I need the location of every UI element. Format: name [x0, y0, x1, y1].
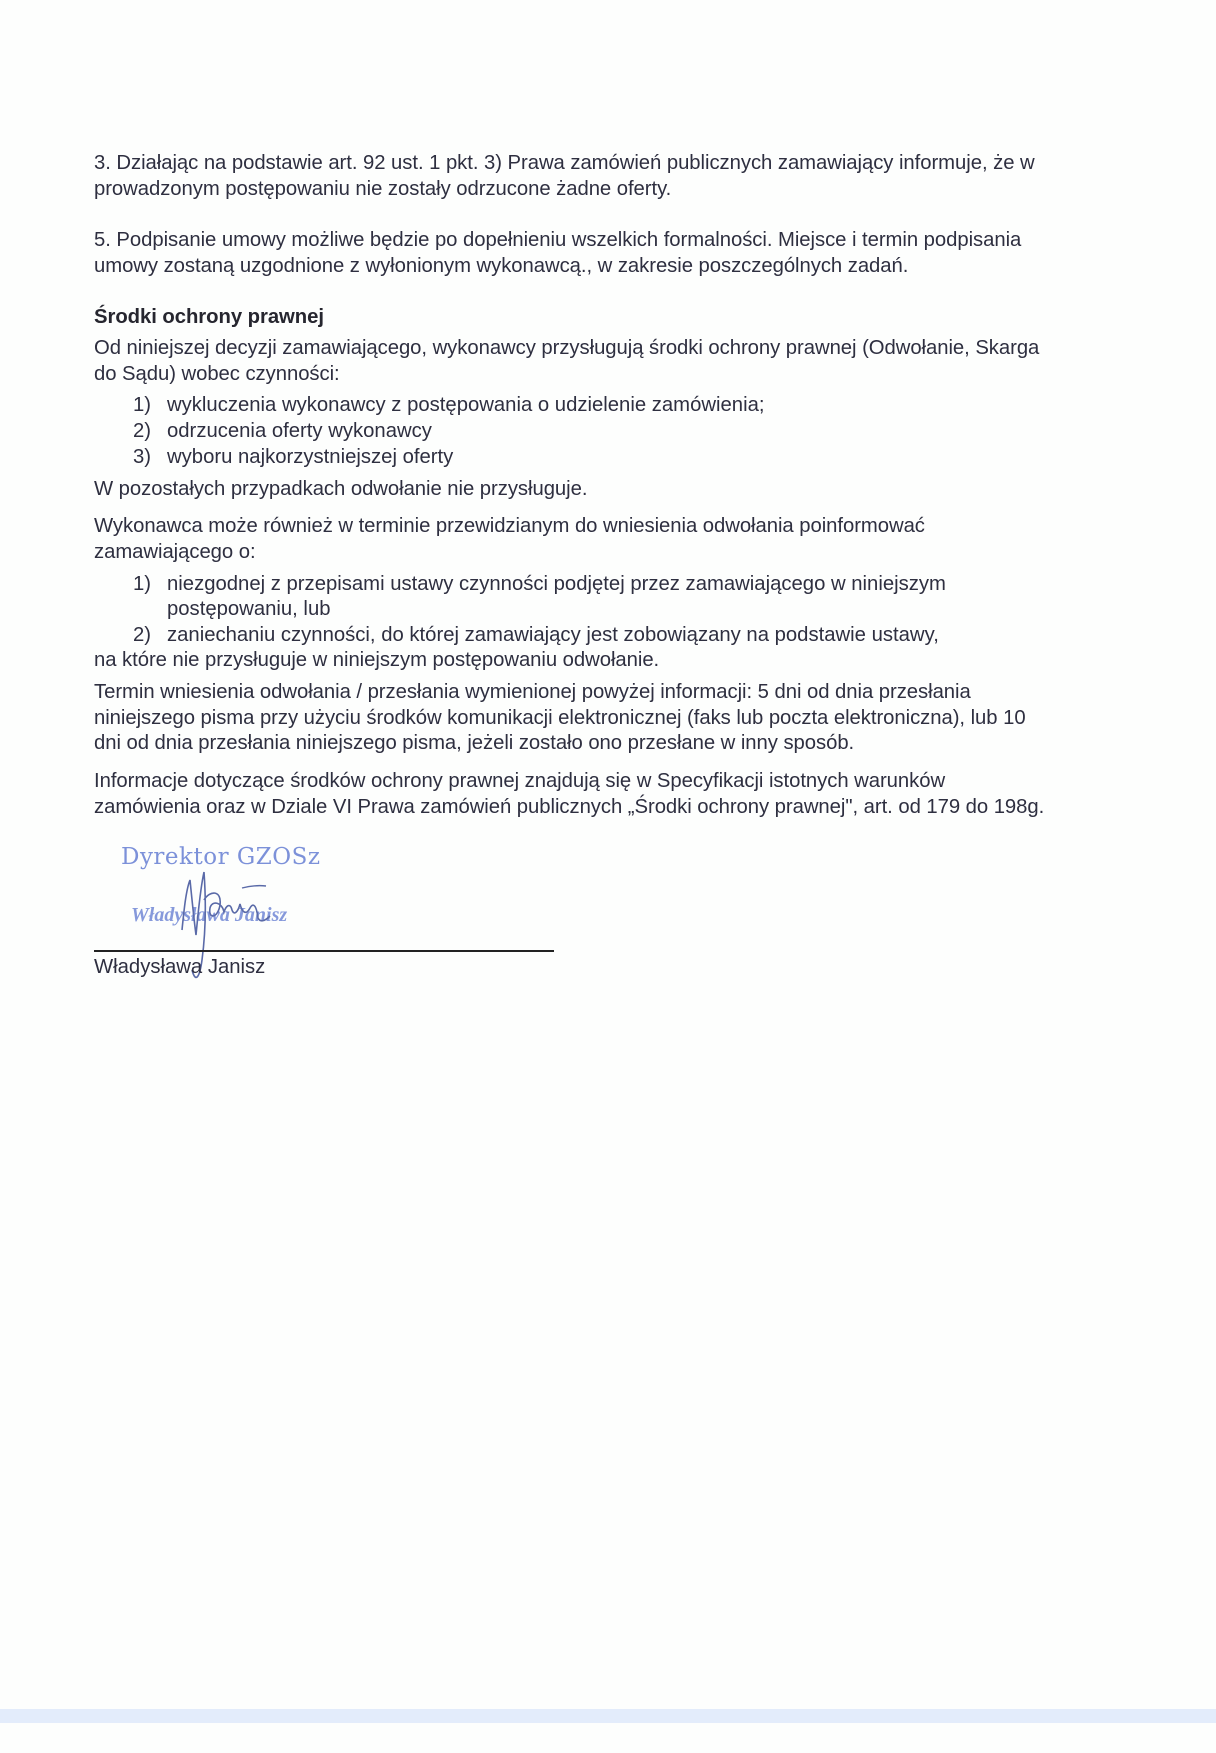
paragraph-5-line-2: umowy zostaną uzgodnione z wyłonionym wy…: [94, 254, 908, 278]
list-item-text: zaniechaniu czynności, do której zamawia…: [167, 623, 939, 647]
info-line-1: Informacje dotyczące środków ochrony pra…: [94, 769, 945, 793]
paragraph-3-line-2: prowadzonym postępowaniu nie zostały odr…: [94, 177, 671, 201]
other-cases-text: W pozostałych przypadkach odwołanie nie …: [94, 477, 587, 501]
list-item-text: wykluczenia wykonawcy z postępowania o u…: [167, 393, 765, 417]
list-item-text: odrzucenia oferty wykonawcy: [167, 419, 432, 443]
list-item-text-continued: postępowaniu, lub: [167, 597, 331, 621]
inform-intro-line-2: zamawiającego o:: [94, 540, 256, 564]
legal-remedies-heading: Środki ochrony prawnej: [94, 305, 324, 329]
inform-tail-text: na które nie przysługuje w niniejszym po…: [94, 648, 659, 672]
list-item-number: 3): [133, 445, 151, 469]
signer-name: Władysława Janisz: [94, 955, 265, 979]
info-line-2: zamówienia oraz w Dziale VI Prawa zamówi…: [94, 795, 1044, 819]
legal-remedies-intro-line-1: Od niniejszej decyzji zamawiającego, wyk…: [94, 336, 1039, 360]
list-item-number: 1): [133, 572, 151, 596]
list-item-number: 2): [133, 419, 151, 443]
signature-line: [94, 950, 554, 952]
paragraph-3-line-1: 3. Działając na podstawie art. 92 ust. 1…: [94, 151, 1035, 175]
list-item-number: 1): [133, 393, 151, 417]
list-item-number: 2): [133, 623, 151, 647]
deadline-line-1: Termin wniesienia odwołania / przesłania…: [94, 680, 971, 704]
deadline-line-3: dni od dnia przesłania niniejszego pisma…: [94, 731, 854, 755]
inform-intro-line-1: Wykonawca może również w terminie przewi…: [94, 514, 925, 538]
scan-edge-band: [0, 1709, 1216, 1723]
list-item-text: wyboru najkorzystniejszej oferty: [167, 445, 453, 469]
paragraph-5-line-1: 5. Podpisanie umowy możliwe będzie po do…: [94, 228, 1021, 252]
deadline-line-2: niniejszego pisma przy użyciu środków ko…: [94, 706, 1026, 730]
legal-remedies-intro-line-2: do Sądu) wobec czynności:: [94, 362, 340, 386]
list-item-text: niezgodnej z przepisami ustawy czynności…: [167, 572, 946, 596]
